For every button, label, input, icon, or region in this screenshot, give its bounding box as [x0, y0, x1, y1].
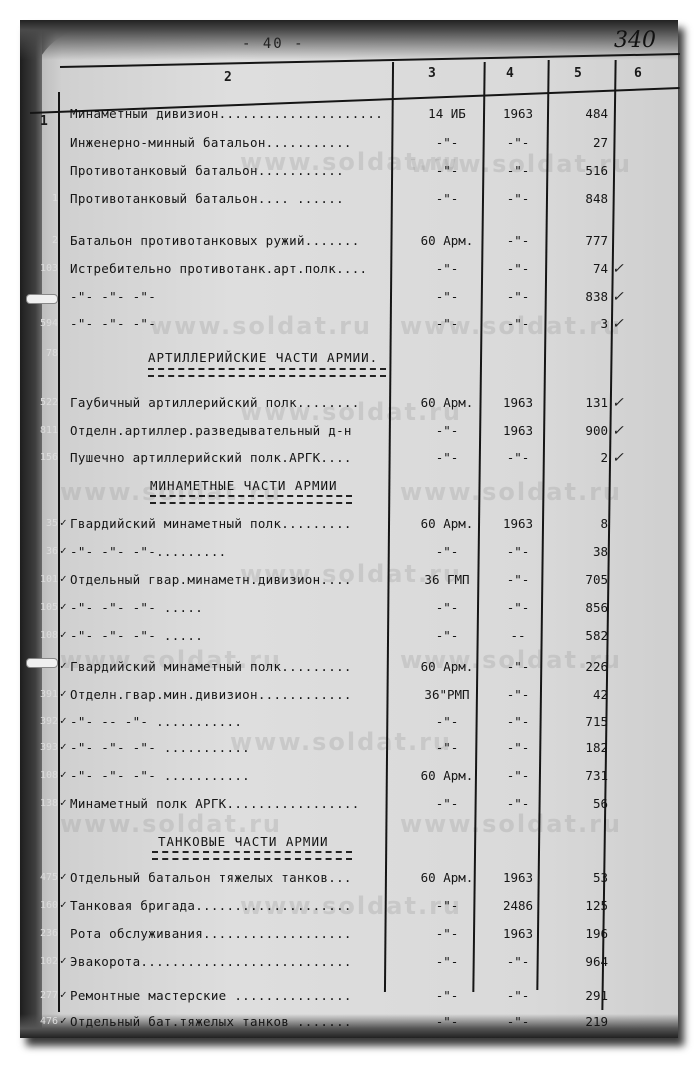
unit-name: -"- -- -"- ...........	[70, 714, 242, 729]
margin-number: 236	[34, 928, 58, 939]
table-row: Инженерно-минный батальон........... -"-…	[0, 135, 699, 157]
table-row: Минаметный дивизион.....................…	[0, 106, 699, 128]
check-mark-icon: ✓	[60, 870, 67, 883]
check-mark-icon: ✓	[612, 316, 624, 332]
check-mark-icon: ✓	[60, 572, 67, 585]
unit-name: -"- -"- -"-	[70, 289, 156, 304]
check-mark-icon: ✓	[612, 450, 624, 466]
case-number: 125	[552, 898, 616, 913]
source-ref: -"-	[412, 289, 482, 304]
table-row: 594 -"- -"- -"- -"- -"- 3 ✓	[0, 316, 699, 338]
fund-number: 1963	[488, 870, 548, 885]
unit-name: Батальон противотанковых ружий.......	[70, 233, 360, 248]
margin-number: 522	[34, 397, 58, 408]
case-number: 715	[552, 714, 616, 729]
case-number: 2	[552, 450, 616, 465]
check-mark-icon: ✓	[612, 423, 624, 439]
unit-name: Минаметный дивизион.....................	[70, 106, 383, 121]
unit-name: Танковая бригада....................	[70, 898, 352, 913]
margin-number: 101	[34, 574, 58, 585]
table-row: 391 ✓ Отделн.гвар.мин.дивизион..........…	[0, 687, 699, 709]
unit-name: Истребительно противотанк.арт.полк....	[70, 261, 367, 276]
table-row: 811 Отделн.артиллер.разведывательный д-н…	[0, 423, 699, 445]
unit-name: Пушечно артиллерийский полк.АРГК....	[70, 450, 352, 465]
section-underline	[150, 495, 352, 504]
fund-number: -"-	[488, 289, 548, 304]
margin-number: 811	[34, 425, 58, 436]
check-mark-icon: ✓	[60, 687, 67, 700]
margin-number: 2	[34, 235, 58, 246]
fund-number: -"-	[488, 261, 548, 276]
margin-number: 102	[34, 956, 58, 967]
check-mark-icon: ✓	[60, 1014, 67, 1027]
table-row: 102 ✓ Эвакорота.........................…	[0, 954, 699, 976]
table-row: 2 Батальон противотанковых ружий....... …	[0, 233, 699, 255]
section-underline	[152, 851, 352, 860]
unit-name: Противотанковый батальон...........	[70, 163, 344, 178]
section-title-artillery: АРТИЛЛЕРИЙСКИЕ ЧАСТИ АРМИИ.	[148, 350, 378, 365]
source-ref: -"-	[412, 628, 482, 643]
source-ref: 60 Арм.	[412, 233, 482, 248]
check-mark-icon: ✓	[60, 768, 67, 781]
unit-name: Минаметный полк АРГК.................	[70, 796, 360, 811]
table-row: 277 ✓ Ремонтные мастерские .............…	[0, 988, 699, 1010]
source-ref: 60 Арм.	[412, 870, 482, 885]
case-number: 226	[552, 659, 616, 674]
case-number: 53	[552, 870, 616, 885]
fund-number: -"-	[488, 740, 548, 755]
case-number: 56	[552, 796, 616, 811]
unit-name: Ремонтные мастерские ...............	[70, 988, 352, 1003]
unit-name: Отделн.гвар.мин.дивизион............	[70, 687, 352, 702]
table-row: 476 ✓ Отдельный бат.тяжелых танков .....…	[0, 1014, 699, 1036]
margin-number: 103	[34, 263, 58, 274]
unit-name: Рота обслуживания...................	[70, 926, 352, 941]
unit-name: -"- -"- -"- ...........	[70, 740, 250, 755]
case-number: 8	[552, 516, 616, 531]
source-ref: 14 ИБ	[412, 106, 482, 121]
source-ref: -"-	[412, 544, 482, 559]
column-header-3: 3	[428, 66, 436, 81]
case-number: 848	[552, 191, 616, 206]
fund-number: -"-	[488, 988, 548, 1003]
check-mark-icon: ✓	[60, 796, 67, 809]
source-ref: -"-	[412, 898, 482, 913]
case-number: 3	[552, 316, 616, 331]
case-number: 74	[552, 261, 616, 276]
source-ref: -"-	[412, 988, 482, 1003]
unit-name: Отдельный батальон тяжелых танков...	[70, 870, 352, 885]
source-ref: -"-	[412, 423, 482, 438]
column-header-2: 2	[224, 70, 232, 85]
unit-name: -"- -"- -"-.........	[70, 544, 227, 559]
source-ref: -"-	[412, 600, 482, 615]
unit-name: Гаубичный артиллерийский полк........	[70, 395, 360, 410]
unit-name: -"- -"- -"- ...........	[70, 768, 250, 783]
unit-name: Инженерно-минный батальон...........	[70, 135, 352, 150]
section-title-mortar: МИНАМЕТНЫЕ ЧАСТИ АРМИИ	[150, 478, 338, 493]
source-ref: -"-	[412, 316, 482, 331]
fund-number: -"-	[488, 233, 548, 248]
source-ref: -"-	[412, 796, 482, 811]
unit-name: Отделн.артиллер.разведывательный д-н	[70, 423, 352, 438]
fund-number: 2486	[488, 898, 548, 913]
table-row: 522 Гаубичный артиллерийский полк.......…	[0, 395, 699, 417]
margin-number: 108	[34, 630, 58, 641]
check-mark-icon: ✓	[60, 516, 67, 529]
source-ref: -"-	[412, 926, 482, 941]
case-number: 182	[552, 740, 616, 755]
table-row: 105 ✓ -"- -"- -"- ..... -"- -"- 856	[0, 600, 699, 622]
check-mark-icon: ✓	[612, 261, 624, 277]
check-mark-icon: ✓	[60, 544, 67, 557]
table-row: 108 ✓ -"- -"- -"- ........... 60 Арм. -"…	[0, 768, 699, 790]
margin-number: 393	[34, 742, 58, 753]
section-underline	[148, 368, 386, 377]
case-number: 964	[552, 954, 616, 969]
case-number: 291	[552, 988, 616, 1003]
fund-number: -"-	[488, 714, 548, 729]
margin-number: 594	[34, 318, 58, 329]
case-number: 838	[552, 289, 616, 304]
case-number: 38	[552, 544, 616, 559]
unit-name: -"- -"- -"-	[70, 316, 156, 331]
table-row: 138 ✓ Минаметный полк АРГК..............…	[0, 796, 699, 818]
unit-name: Гвардийский минаметный полк.........	[70, 516, 352, 531]
margin-number: 392	[34, 716, 58, 727]
fund-number: -"-	[488, 572, 548, 587]
margin-number: 476	[34, 1016, 58, 1027]
margin-number: 475	[34, 872, 58, 883]
fund-number: -"-	[488, 600, 548, 615]
source-ref: -"-	[412, 163, 482, 178]
case-number: 705	[552, 572, 616, 587]
case-number: 42	[552, 687, 616, 702]
unit-name: Противотанковый батальон.... ......	[70, 191, 344, 206]
table-row: 1 Противотанковый батальон.... ...... -"…	[0, 191, 699, 213]
fund-number: -"-	[488, 1014, 548, 1029]
archive-sheet-number: 340	[614, 28, 656, 53]
source-ref: 36"РМП	[412, 687, 482, 702]
column-header-6: 6	[634, 66, 642, 81]
table-row: 160 ✓ Танковая бригада..................…	[0, 898, 699, 920]
margin-number: 105	[34, 602, 58, 613]
fund-number: --	[488, 628, 548, 643]
fund-number: -"-	[488, 163, 548, 178]
check-mark-icon: ✓	[60, 988, 67, 1001]
source-ref: -"-	[412, 1014, 482, 1029]
fund-number: -"-	[488, 191, 548, 206]
margin-number: 138	[34, 798, 58, 809]
table-row: 156 Пушечно артиллерийский полк.АРГК....…	[0, 450, 699, 472]
case-number: 582	[552, 628, 616, 643]
table-row: 103 Истребительно противотанк.арт.полк..…	[0, 261, 699, 283]
fund-number: 1963	[488, 516, 548, 531]
table-row: 35 ✓ Гвардийский минаметный полк........…	[0, 516, 699, 538]
margin-number: 156	[34, 452, 58, 463]
margin-number: 35	[34, 518, 58, 529]
source-ref: 60 Арм.	[412, 659, 482, 674]
table-row: Противотанковый батальон........... -"- …	[0, 163, 699, 185]
fund-number: -"-	[488, 687, 548, 702]
fund-number: -"-	[488, 768, 548, 783]
source-ref: 36 ГМП	[412, 572, 482, 587]
column-header-5: 5	[574, 66, 582, 81]
margin-number: 1	[34, 193, 58, 204]
table-row: 236 Рота обслуживания...................…	[0, 926, 699, 948]
case-number: 27	[552, 135, 616, 150]
table-row: 393 ✓ -"- -"- -"- ........... -"- -"- 18…	[0, 740, 699, 762]
source-ref: 60 Арм.	[412, 516, 482, 531]
column-header-4: 4	[506, 66, 514, 81]
source-ref: -"-	[412, 954, 482, 969]
check-mark-icon: ✓	[60, 628, 67, 641]
case-number: 484	[552, 106, 616, 121]
check-mark-icon: ✓	[60, 714, 67, 727]
fund-number: -"-	[488, 316, 548, 331]
source-ref: -"-	[412, 740, 482, 755]
source-ref: -"-	[412, 714, 482, 729]
unit-name: Отдельный бат.тяжелых танков .......	[70, 1014, 352, 1029]
margin-number: 277	[34, 990, 58, 1001]
fund-number: 1963	[488, 106, 548, 121]
source-ref: 60 Арм.	[412, 395, 482, 410]
case-number: 131	[552, 395, 616, 410]
fund-number: 1963	[488, 423, 548, 438]
case-number: 196	[552, 926, 616, 941]
margin-number: 391	[34, 689, 58, 700]
source-ref: -"-	[412, 450, 482, 465]
check-mark-icon: ✓	[60, 954, 67, 967]
table-row: 108 ✓ -"- -"- -"- ..... -"- -- 582	[0, 628, 699, 650]
case-number: 516	[552, 163, 616, 178]
fund-number: 1963	[488, 395, 548, 410]
fund-number: -"-	[488, 544, 548, 559]
table-row: 101 ✓ Отдельный гвар.минаметн.дивизион..…	[0, 572, 699, 594]
check-mark-icon: ✓	[612, 395, 624, 411]
section-title-tank: ТАНКОВЫЕ ЧАСТИ АРМИИ	[158, 834, 329, 849]
margin-number: 108	[34, 770, 58, 781]
margin-number: 36	[34, 546, 58, 557]
case-number: 777	[552, 233, 616, 248]
case-number: 900	[552, 423, 616, 438]
unit-name: -"- -"- -"- .....	[70, 600, 203, 615]
source-ref: -"-	[412, 135, 482, 150]
table-row: ✓ Гвардийский минаметный полк......... 6…	[0, 659, 699, 681]
check-mark-icon: ✓	[60, 898, 67, 911]
fund-number: -"-	[488, 135, 548, 150]
source-ref: 60 Арм.	[412, 768, 482, 783]
unit-name: -"- -"- -"- .....	[70, 628, 203, 643]
fund-number: -"-	[488, 954, 548, 969]
source-ref: -"-	[412, 261, 482, 276]
case-number: 731	[552, 768, 616, 783]
case-number: 219	[552, 1014, 616, 1029]
fund-number: -"-	[488, 796, 548, 811]
check-mark-icon: ✓	[60, 740, 67, 753]
case-number: 856	[552, 600, 616, 615]
check-mark-icon: ✓	[612, 289, 624, 305]
unit-name: Эвакорота...........................	[70, 954, 352, 969]
fund-number: -"-	[488, 450, 548, 465]
margin-number: 78	[34, 348, 58, 359]
fund-number: 1963	[488, 926, 548, 941]
page-number: - 40 -	[242, 36, 305, 52]
table-row: 36 ✓ -"- -"- -"-......... -"- -"- 38	[0, 544, 699, 566]
unit-name: Гвардийский минаметный полк.........	[70, 659, 352, 674]
fund-number: -"-	[488, 659, 548, 674]
table-row: 392 ✓ -"- -- -"- ........... -"- -"- 715	[0, 714, 699, 736]
check-mark-icon: ✓	[60, 659, 67, 672]
check-mark-icon: ✓	[60, 600, 67, 613]
unit-name: Отдельный гвар.минаметн.дивизион....	[70, 572, 352, 587]
watermark: www.soldat.ru	[400, 478, 622, 506]
table-row: -"- -"- -"- -"- -"- 838 ✓	[0, 289, 699, 311]
source-ref: -"-	[412, 191, 482, 206]
margin-number: 160	[34, 900, 58, 911]
table-row: 475 ✓ Отдельный батальон тяжелых танков.…	[0, 870, 699, 892]
